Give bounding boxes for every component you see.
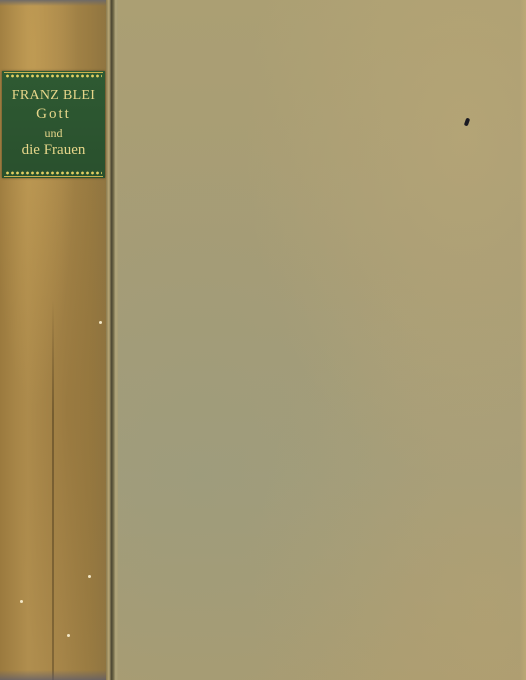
speck xyxy=(88,575,91,578)
spine-top-wear xyxy=(0,0,112,6)
speck xyxy=(67,634,70,637)
speck xyxy=(99,321,102,324)
front-cover xyxy=(118,0,526,680)
spine-label: FRANZ BLEI Gott und die Frauen xyxy=(2,71,105,178)
spine-bottom-wear xyxy=(0,670,112,680)
author-name: FRANZ BLEI xyxy=(2,88,105,104)
title-line-2: und xyxy=(2,126,105,141)
book-spine: FRANZ BLEI Gott und die Frauen xyxy=(0,0,112,680)
spine-crease xyxy=(52,300,54,680)
title-line-1: Gott xyxy=(2,106,105,123)
speck xyxy=(20,600,23,603)
label-top-dots xyxy=(5,74,102,78)
cover-edge xyxy=(520,0,526,680)
label-bottom-dots xyxy=(5,171,102,175)
label-bottom-rule xyxy=(4,176,103,177)
spine-hinge-groove xyxy=(106,0,118,680)
title-line-3: die Frauen xyxy=(2,142,105,159)
book: FRANZ BLEI Gott und die Frauen xyxy=(0,0,526,680)
label-top-rule xyxy=(4,72,103,73)
